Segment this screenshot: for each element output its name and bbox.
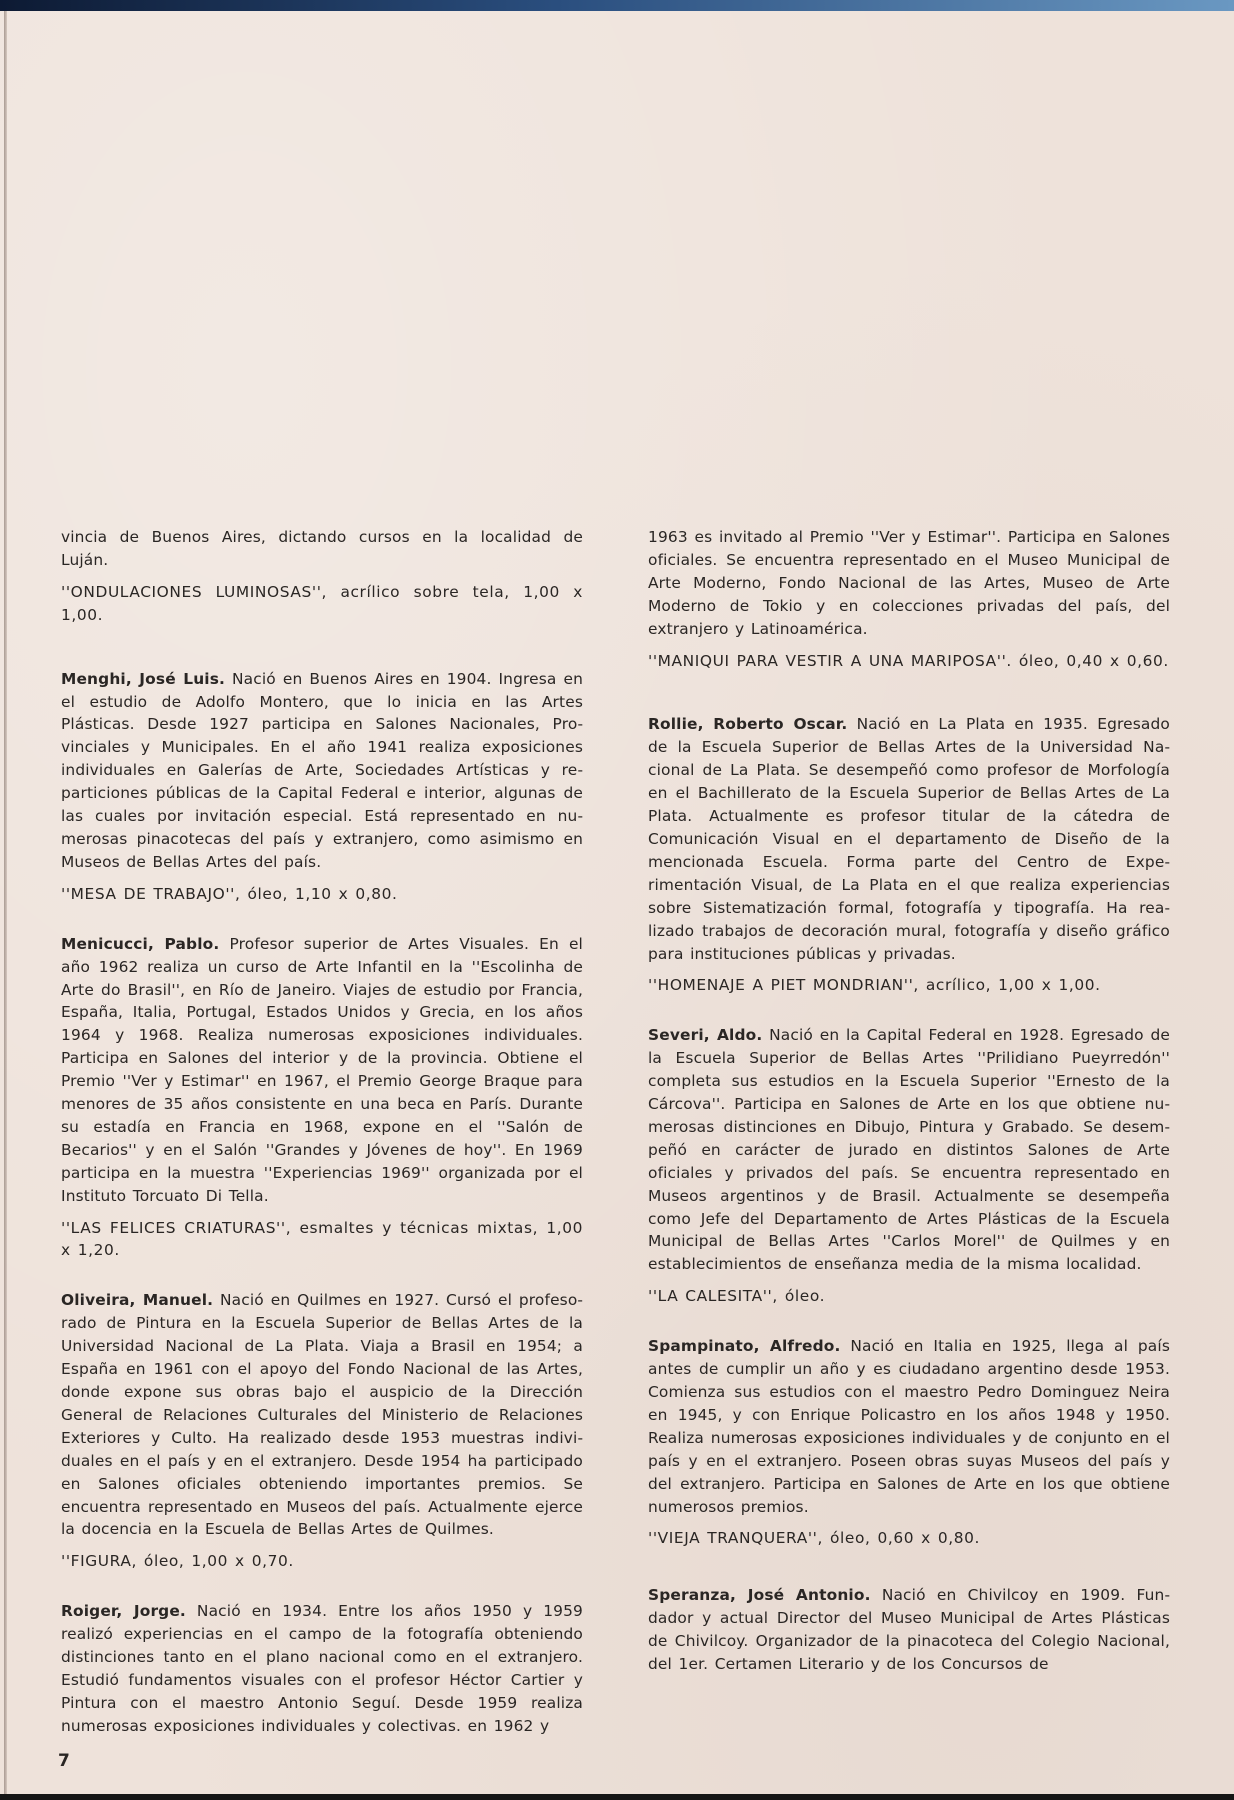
- artist-name: Menghi, José Luis.: [61, 670, 225, 688]
- artist-bio: Oliveira, Manuel. Nació en Quilmes en 19…: [61, 1289, 583, 1541]
- artist-entry: Spampinato, Alfredo. Nació en Italia en …: [648, 1335, 1170, 1550]
- bio-text: Nació en 1934. Entre los años 1950 y 195…: [61, 1602, 583, 1735]
- artist-name: Rollie, Roberto Oscar.: [648, 715, 847, 733]
- artist-name: Severi, Aldo.: [648, 1026, 762, 1044]
- artist-bio: Menghi, José Luis. Nació en Buenos Aires…: [61, 668, 583, 874]
- artwork-caption: ''LAS FELICES CRIATURAS'', esmaltes y té…: [61, 1217, 583, 1263]
- continued-text: 1963 es invitado al Premio ''Ver y Estim…: [648, 526, 1170, 641]
- artist-entry: Severi, Aldo. Nació en la Capital Federa…: [648, 1024, 1170, 1308]
- artwork-caption: ''VIEJA TRANQUERA'', óleo, 0,60 x 0,80.: [648, 1527, 1170, 1550]
- artist-name: Menicucci, Pablo.: [61, 935, 219, 953]
- artist-name: Spampinato, Alfredo.: [648, 1337, 840, 1355]
- continued-entry: vincia de Buenos Aires, dictando cursos …: [61, 526, 583, 627]
- artist-name: Oliveira, Manuel.: [61, 1291, 213, 1309]
- artist-name: Roiger, Jorge.: [61, 1602, 186, 1620]
- artist-bio: Speranza, José Antonio. Nació en Chivilc…: [648, 1584, 1170, 1676]
- artist-entry: Oliveira, Manuel. Nació en Quilmes en 19…: [61, 1289, 583, 1573]
- artist-bio: Roiger, Jorge. Nació en 1934. Entre los …: [61, 1600, 583, 1737]
- artist-entry: Menghi, José Luis. Nació en Buenos Aires…: [61, 668, 583, 906]
- artist-entry: Rollie, Roberto Oscar. Nació en La Plata…: [648, 713, 1170, 997]
- artwork-caption: ''HOMENAJE A PIET MONDRIAN'', acrílico, …: [648, 974, 1170, 997]
- page-number: 7: [58, 1751, 70, 1771]
- artist-entry: Menicucci, Pablo. Profesor superior de A…: [61, 933, 583, 1263]
- artist-bio: Severi, Aldo. Nació en la Capital Federa…: [648, 1024, 1170, 1276]
- left-column: vincia de Buenos Aires, dictando cursos …: [61, 526, 583, 1765]
- artwork-caption: ''ONDULACIONES LUMINOSAS'', acrílico sob…: [61, 581, 583, 627]
- magazine-page: vincia de Buenos Aires, dictando cursos …: [0, 11, 1234, 1794]
- artist-bio: Menicucci, Pablo. Profesor superior de A…: [61, 933, 583, 1208]
- bio-text: Nació en la Capital Federal en 1928. Egr…: [648, 1026, 1170, 1273]
- bio-text: Profesor superior de Artes Visuales. En …: [61, 935, 583, 1205]
- scan-bottom-edge: [0, 1794, 1234, 1800]
- artwork-caption: ''MESA DE TRABAJO'', óleo, 1,10 x 0,80.: [61, 883, 583, 906]
- artist-entry: Roiger, Jorge. Nació en 1934. Entre los …: [61, 1600, 583, 1737]
- artwork-caption: ''MANIQUI PARA VESTIR A UNA MARIPOSA''. …: [648, 650, 1170, 673]
- bio-text: Nació en Italia en 1925, llega al país a…: [648, 1337, 1170, 1515]
- page-binding-edge: [4, 11, 7, 1794]
- bio-text: Nació en La Plata en 1935. Egresado de l…: [648, 715, 1170, 962]
- artwork-caption: ''LA CALESITA'', óleo.: [648, 1285, 1170, 1308]
- continued-entry: 1963 es invitado al Premio ''Ver y Estim…: [648, 526, 1170, 672]
- continued-text: vincia de Buenos Aires, dictando cursos …: [61, 526, 583, 572]
- artist-bio: Spampinato, Alfredo. Nació en Italia en …: [648, 1335, 1170, 1518]
- bio-text: Nació en Buenos Aires en 1904. Ingresa e…: [61, 670, 583, 871]
- artist-name: Speranza, José Antonio.: [648, 1586, 871, 1604]
- bio-text: Nació en Quilmes en 1927. Cursó el profe…: [61, 1291, 583, 1538]
- artist-bio: Rollie, Roberto Oscar. Nació en La Plata…: [648, 713, 1170, 965]
- right-column: 1963 es invitado al Premio ''Ver y Estim…: [648, 526, 1170, 1703]
- artwork-caption: ''FIGURA, óleo, 1,00 x 0,70.: [61, 1550, 583, 1573]
- artist-entry: Speranza, José Antonio. Nació en Chivilc…: [648, 1584, 1170, 1676]
